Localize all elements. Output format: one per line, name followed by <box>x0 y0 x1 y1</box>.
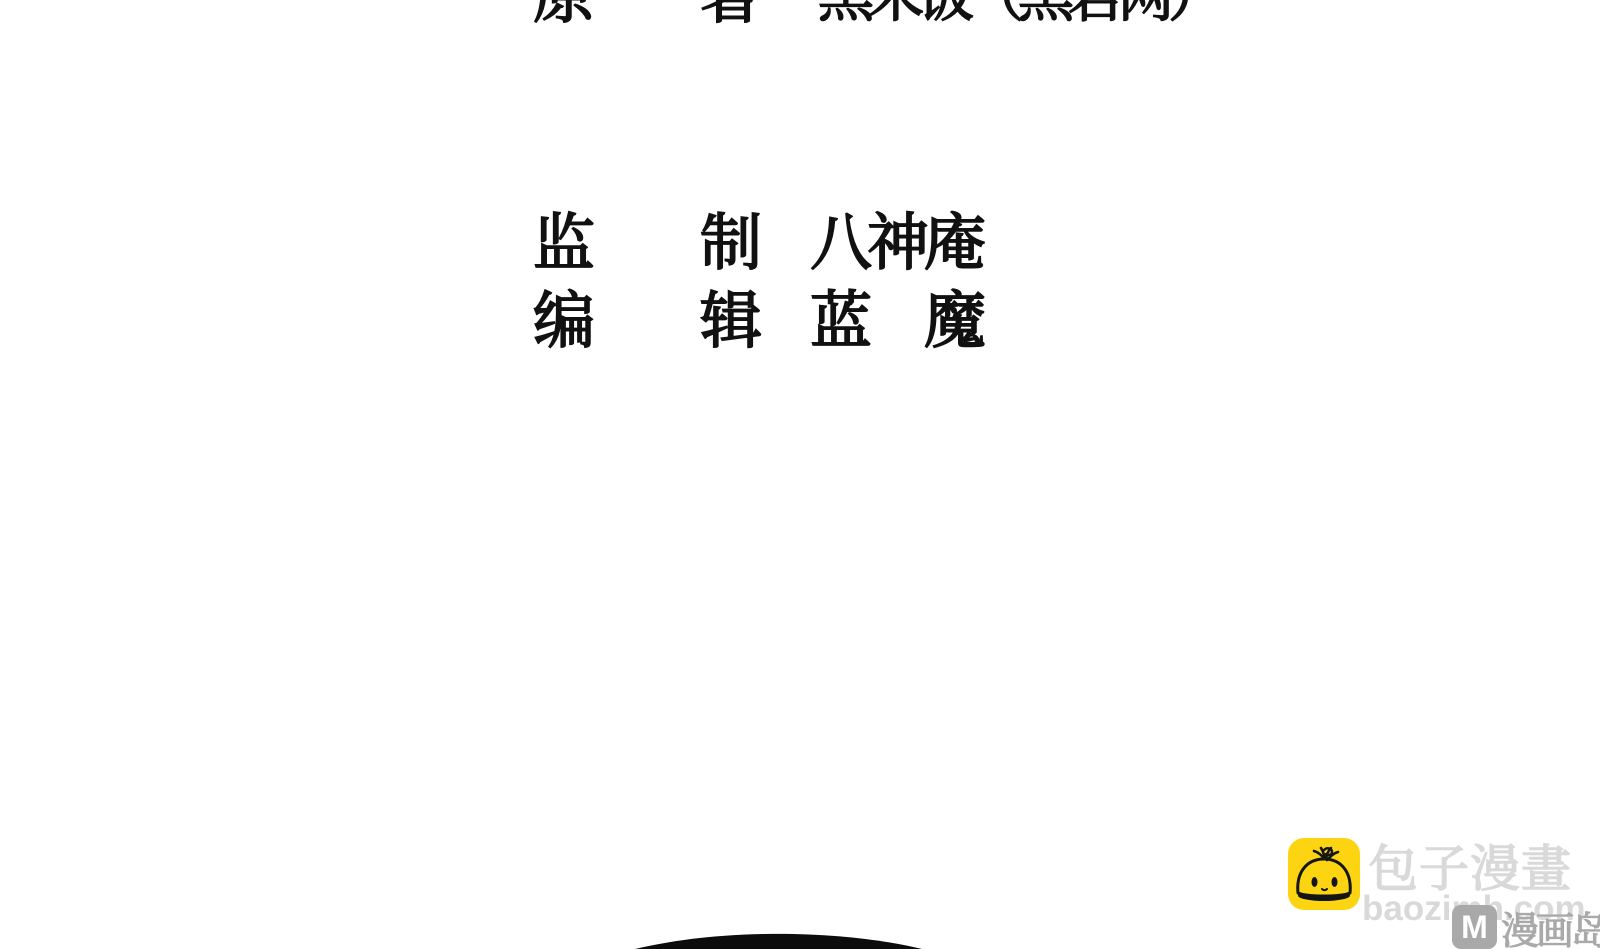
credit-line-supervisor: 监 制 八神庵 <box>0 213 1600 277</box>
baozimh-watermark: 包子漫畫 baozimh.com M <box>0 0 1600 949</box>
brand-url: baozimh.com <box>1362 890 1586 928</box>
credit-role-char: 著 <box>700 0 762 28</box>
manhuadao-logo: M 漫画岛 <box>1452 905 1600 949</box>
brand-title: 包子漫畫 <box>1368 842 1572 896</box>
credit-name: 蓝 魔 <box>810 291 981 353</box>
credit-line-editor: 编 辑 蓝 魔 <box>0 291 1600 355</box>
credit-name: 八神庵 <box>810 213 981 275</box>
credit-role-char: 监 <box>533 213 595 275</box>
credit-name: 黑米饭（黑岩网） <box>818 0 1218 28</box>
manhuadao-name: 漫画岛 <box>1501 900 1600 949</box>
manhuadao-m-icon: M <box>1452 905 1497 949</box>
baozi-mascot-icon <box>1288 838 1360 910</box>
comic-credits-page: 原 著 黑米饭（黑岩网） 监 制 八神庵 编 辑 蓝 魔 包子漫畫 baozim… <box>0 0 1600 949</box>
credit-role-char: 编 <box>533 291 595 353</box>
credit-role-char: 制 <box>700 213 762 275</box>
panel-edge-shape <box>630 932 925 949</box>
credit-role-char: 辑 <box>700 291 762 353</box>
credit-line-author: 原 著 黑米饭（黑岩网） <box>0 0 1600 30</box>
credit-role-char: 原 <box>533 0 595 28</box>
